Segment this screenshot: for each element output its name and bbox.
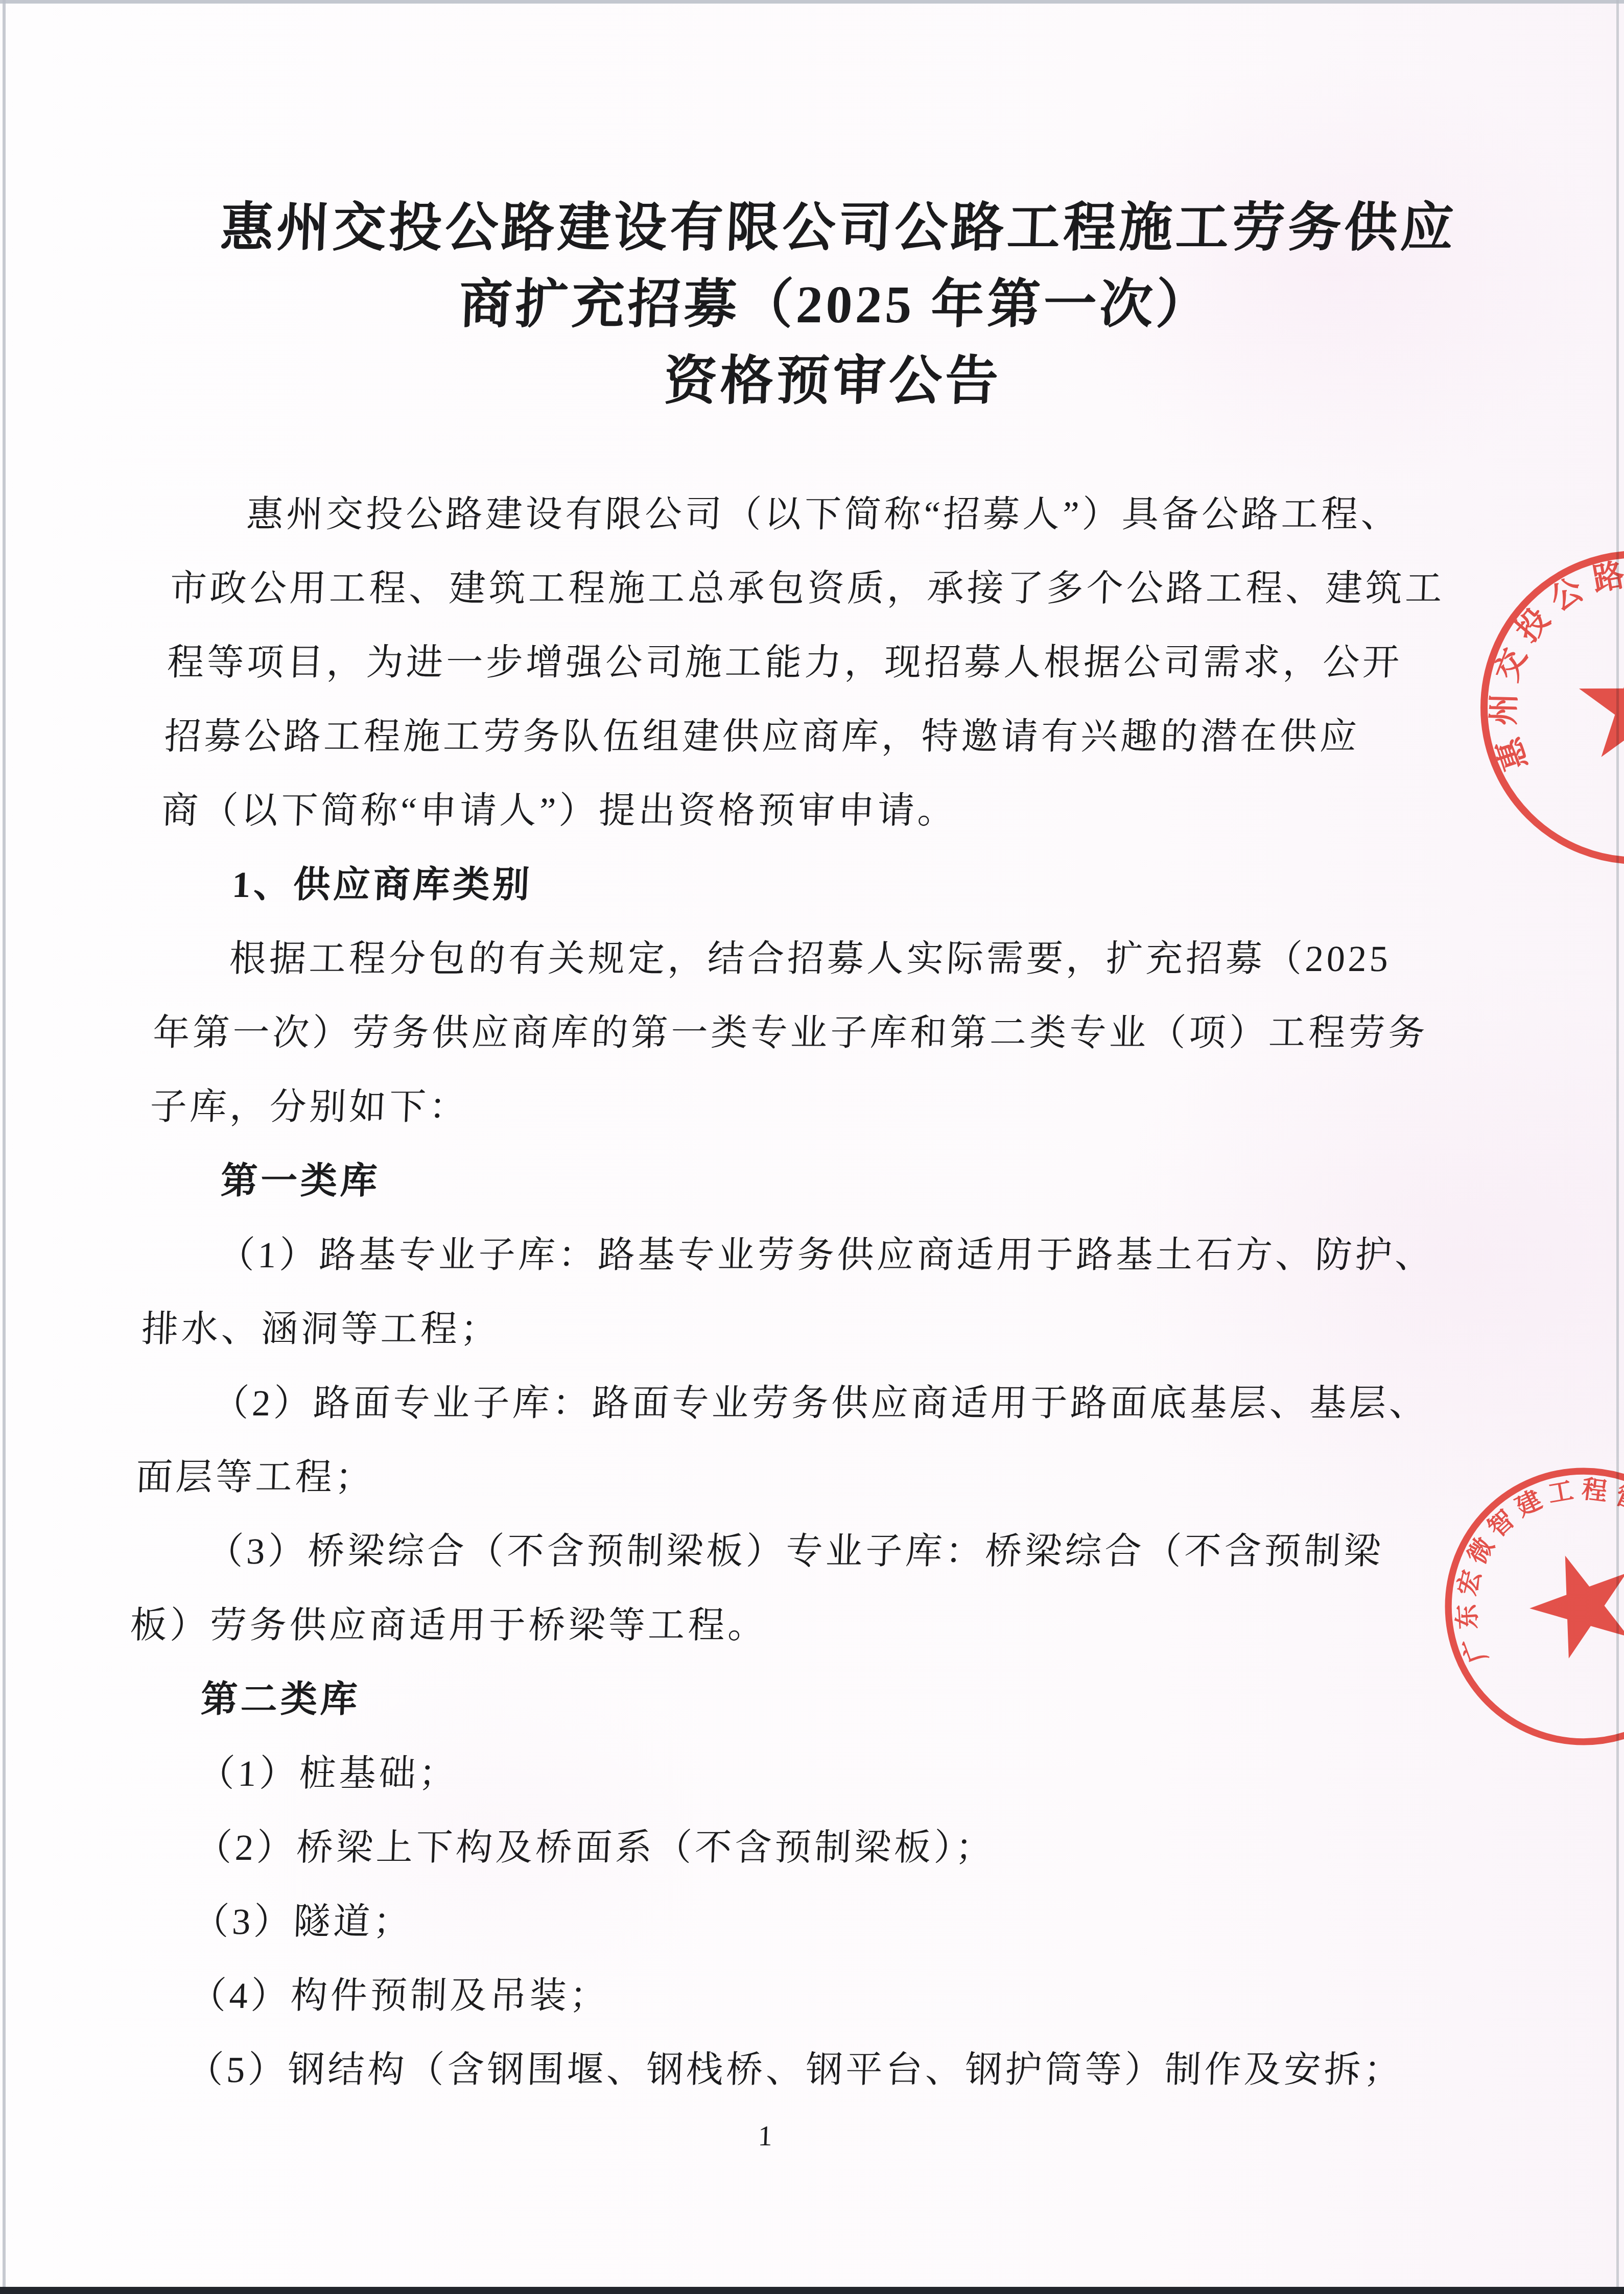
- body-line: 惠州交投公路建设有限公司（以下简称“招募人”）具备公路工程、: [172, 478, 1490, 552]
- section-heading: 1、供应商库类别: [157, 848, 1476, 922]
- list-item: （4）构件预制及吊装；: [114, 1959, 1433, 2033]
- announcement-document: 惠州交投公路建设有限公司公路工程施工劳务供应 商扩充招募（2025 年第一次） …: [0, 0, 1624, 2294]
- title-line: 资格预审公告: [19, 343, 1624, 420]
- subsection-heading: 第一类库: [146, 1144, 1464, 1218]
- list-item: （3）桥梁综合（不含预制梁板）专业子库：桥梁综合（不含预制梁: [132, 1515, 1450, 1589]
- star-icon: [1579, 646, 1624, 757]
- scanned-announcement-page: 惠州交投公路建设有限公司公路工程施工劳务供应 商扩充招募（2025 年第一次） …: [0, 0, 1624, 2294]
- body-line: 板）劳务供应商适用于桥梁等工程。: [129, 1589, 1447, 1663]
- document-body: 惠州交投公路建设有限公司（以下简称“招募人”）具备公路工程、 市政公用工程、建筑…: [112, 478, 1490, 2107]
- body-line: 排水、涵洞等工程；: [140, 1292, 1458, 1366]
- list-item: （2）路面专业子库：路面专业劳务供应商适用于路面底基层、基层、: [137, 1366, 1456, 1440]
- page-number: 1: [0, 2120, 1578, 2153]
- document-title: 惠州交投公路建设有限公司公路工程施工劳务供应 商扩充招募（2025 年第一次） …: [19, 190, 1624, 420]
- body-line: 市政公用工程、建筑工程施工总承包资质，承接了多个公路工程、建筑工: [169, 552, 1487, 626]
- svg-text:广东宏微智建工程管理有限公司: 广东宏微智建工程管理有限公司: [1452, 1475, 1624, 1666]
- subsection-heading: 第二类库: [126, 1663, 1444, 1737]
- list-item: （1）桩基础；: [123, 1737, 1442, 1811]
- body-line: 面层等工程；: [134, 1440, 1453, 1515]
- list-item: （5）钢结构（含钢围堰、钢栈桥、钢平台、钢护筒等）制作及安拆；: [112, 2033, 1430, 2107]
- body-line: 招募公路工程施工劳务队伍组建供应商库，特邀请有兴趣的潜在供应: [163, 700, 1481, 774]
- list-item: （1）路基专业子库：路基专业劳务供应商适用于路基土石方、防护、: [143, 1218, 1462, 1292]
- body-line: 商（以下简称“申请人”）提出资格预审申请。: [160, 774, 1478, 848]
- company-seal-guangdong: 广东宏微智建工程管理有限公司: [1426, 1449, 1624, 1764]
- seal-arc-text: 惠州交投公路建设有限公司: [1486, 556, 1624, 775]
- body-line: 子库，分别如下：: [149, 1070, 1467, 1144]
- title-line: 商扩充招募（2025 年第一次）: [22, 267, 1624, 343]
- body-line: 根据工程分包的有关规定，结合招募人实际需要，扩充招募（2025: [154, 922, 1473, 996]
- seal-arc-text: 广东宏微智建工程管理有限公司: [1452, 1475, 1624, 1666]
- title-line: 惠州交投公路建设有限公司公路工程施工劳务供应: [25, 190, 1624, 267]
- body-line: 年第一次）劳务供应商库的第一类专业子库和第二类专业（项）工程劳务: [152, 996, 1470, 1070]
- company-seal-huizhou: 惠州交投公路建设有限公司: [1458, 529, 1624, 886]
- star-icon: [1517, 1538, 1624, 1665]
- list-item: （2）桥梁上下构及桥面系（不含预制梁板）；: [120, 1811, 1439, 1885]
- list-item: （3）隧道；: [117, 1885, 1436, 1959]
- svg-text:惠州交投公路建设有限公司: 惠州交投公路建设有限公司: [1486, 556, 1624, 775]
- body-line: 程等项目，为进一步增强公司施工能力，现招募人根据公司需求，公开: [166, 626, 1484, 700]
